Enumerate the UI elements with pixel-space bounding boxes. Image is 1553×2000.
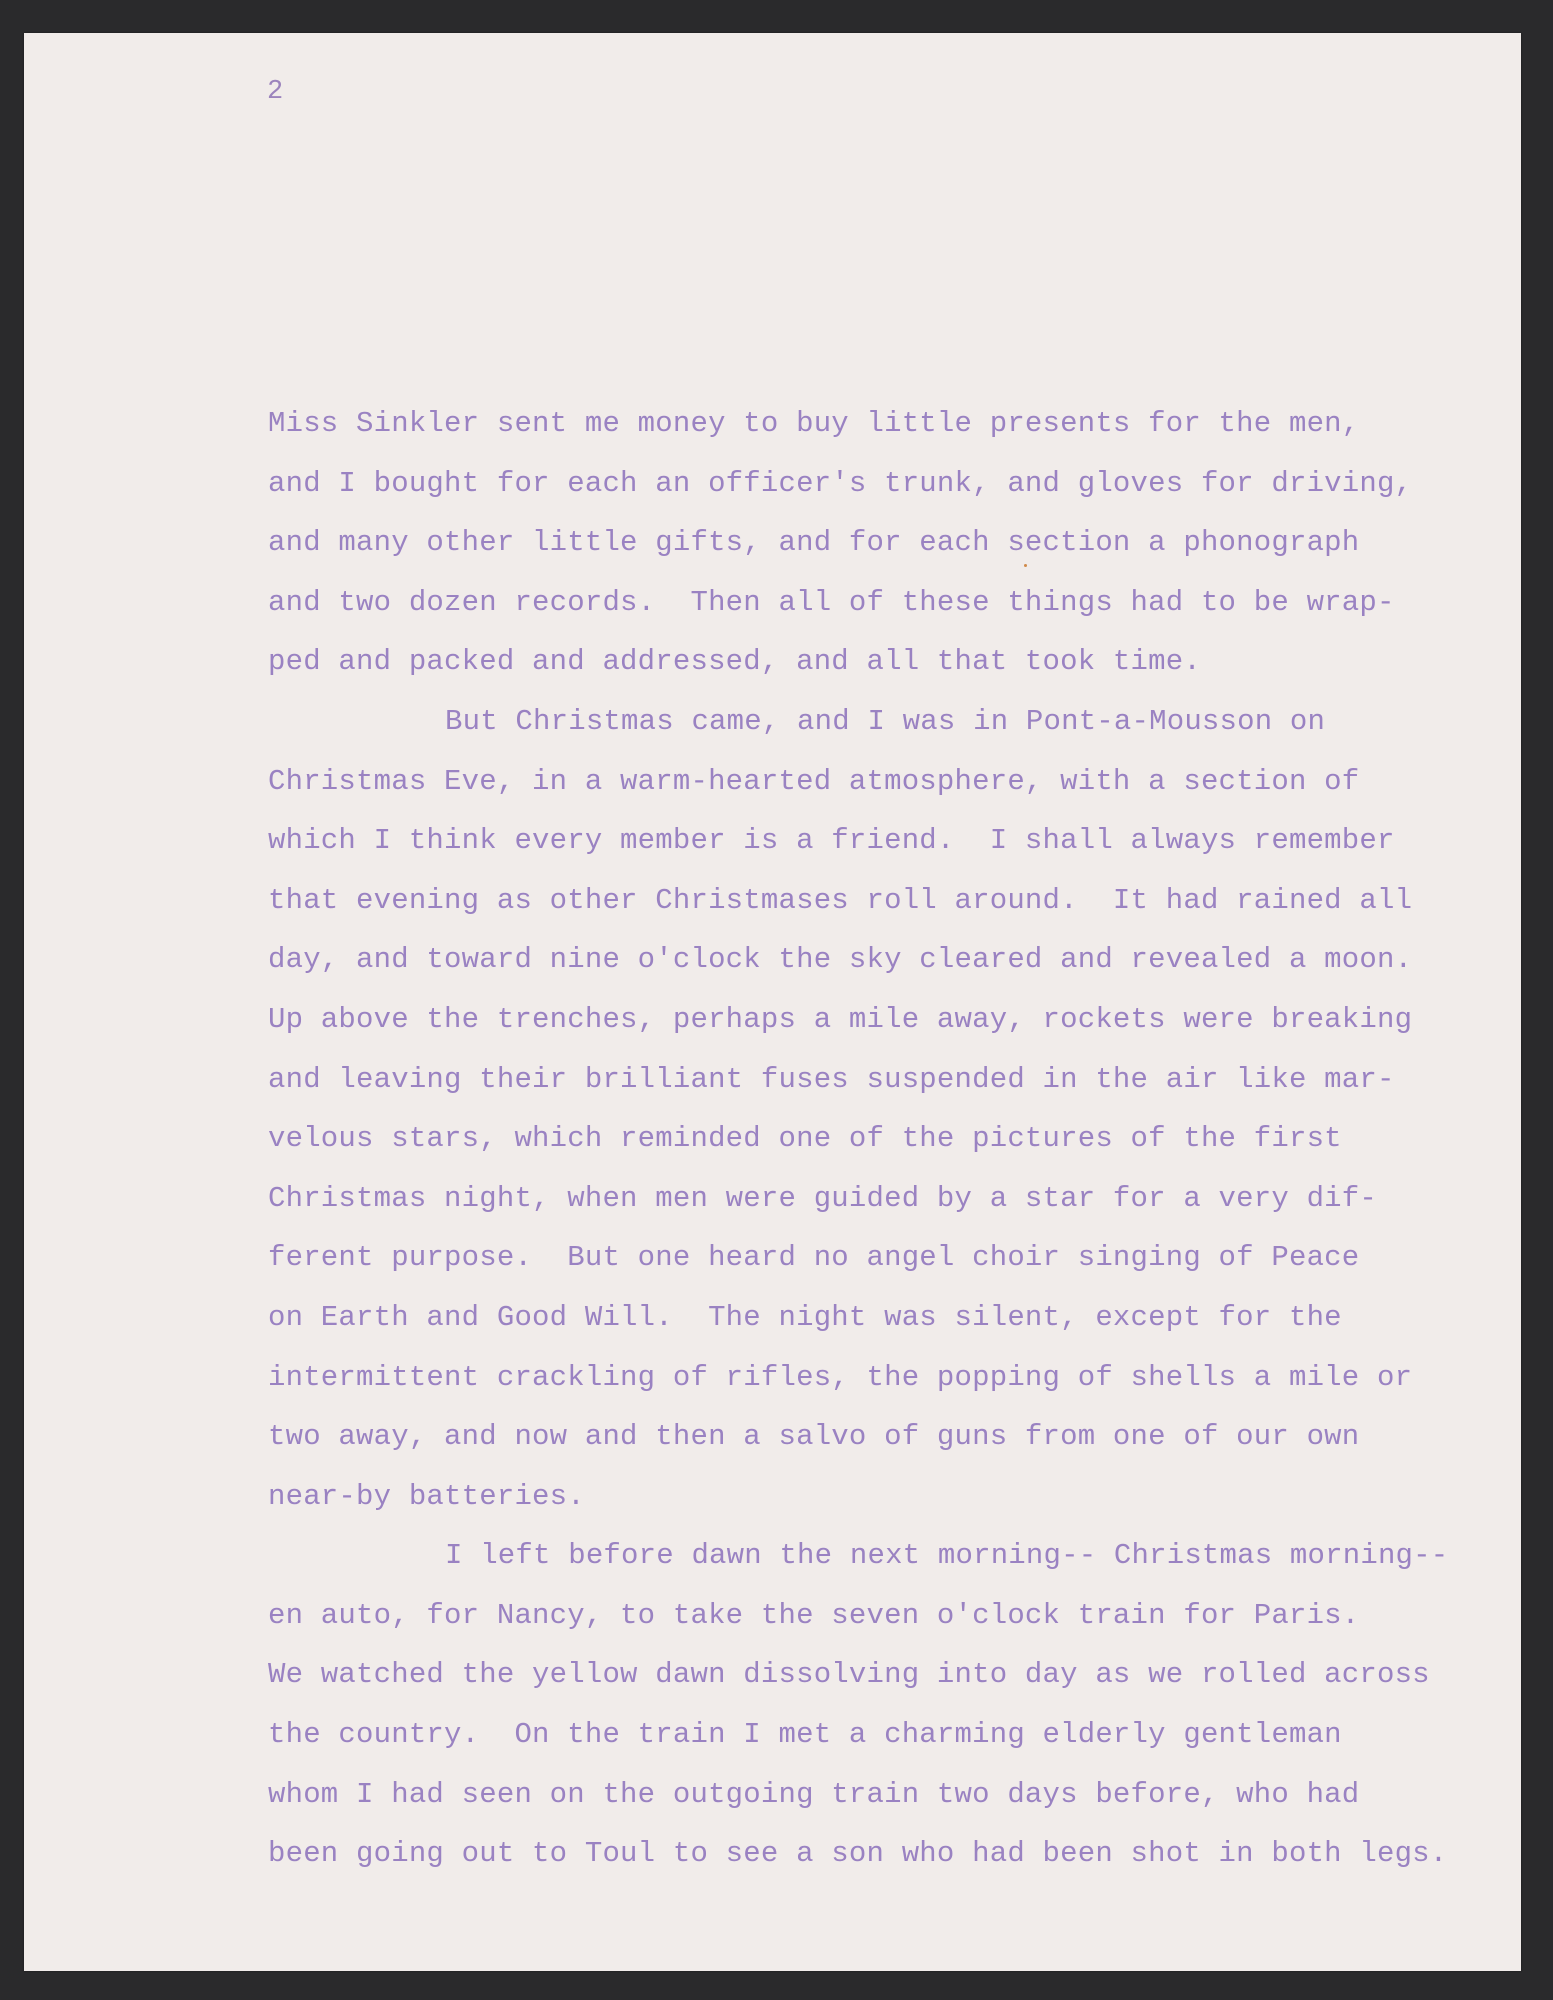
text-line: Christmas night, when men were guided by… xyxy=(268,1169,1448,1229)
text-line: But Christmas came, and I was in Pont-a-… xyxy=(268,692,1448,752)
text-line: velous stars, which reminded one of the … xyxy=(268,1109,1448,1169)
text-line: been going out to Toul to see a son who … xyxy=(268,1824,1448,1884)
typewritten-page: 2 Miss Sinkler sent me money to buy litt… xyxy=(24,33,1521,1971)
text-line: and I bought for each an officer's trunk… xyxy=(268,454,1448,514)
typed-body-text: Miss Sinkler sent me money to buy little… xyxy=(268,394,1448,1884)
ink-speck xyxy=(1024,564,1027,567)
text-line: on Earth and Good Will. The night was si… xyxy=(268,1288,1448,1348)
text-line: ferent purpose. But one heard no angel c… xyxy=(268,1228,1448,1288)
text-line: whom I had seen on the outgoing train tw… xyxy=(268,1765,1448,1825)
text-line: Up above the trenches, perhaps a mile aw… xyxy=(268,990,1448,1050)
text-line: which I think every member is a friend. … xyxy=(268,811,1448,871)
text-line: Miss Sinkler sent me money to buy little… xyxy=(268,394,1448,454)
text-line: and leaving their brilliant fuses suspen… xyxy=(268,1050,1448,1110)
text-line: ped and packed and addressed, and all th… xyxy=(268,632,1448,692)
text-line: We watched the yellow dawn dissolving in… xyxy=(268,1645,1448,1705)
text-line: and two dozen records. Then all of these… xyxy=(268,573,1448,633)
text-line: that evening as other Christmases roll a… xyxy=(268,871,1448,931)
text-line: intermittent crackling of rifles, the po… xyxy=(268,1348,1448,1408)
text-line: and many other little gifts, and for eac… xyxy=(268,513,1448,573)
text-line: en auto, for Nancy, to take the seven o'… xyxy=(268,1586,1448,1646)
text-line: two away, and now and then a salvo of gu… xyxy=(268,1407,1448,1467)
text-line: the country. On the train I met a charmi… xyxy=(268,1705,1448,1765)
text-line: day, and toward nine o'clock the sky cle… xyxy=(268,930,1448,990)
text-line: Christmas Eve, in a warm-hearted atmosph… xyxy=(268,752,1448,812)
text-line: near-by batteries. xyxy=(268,1467,1448,1527)
text-line: I left before dawn the next morning-- Ch… xyxy=(268,1526,1448,1586)
page-number: 2 xyxy=(267,77,283,107)
